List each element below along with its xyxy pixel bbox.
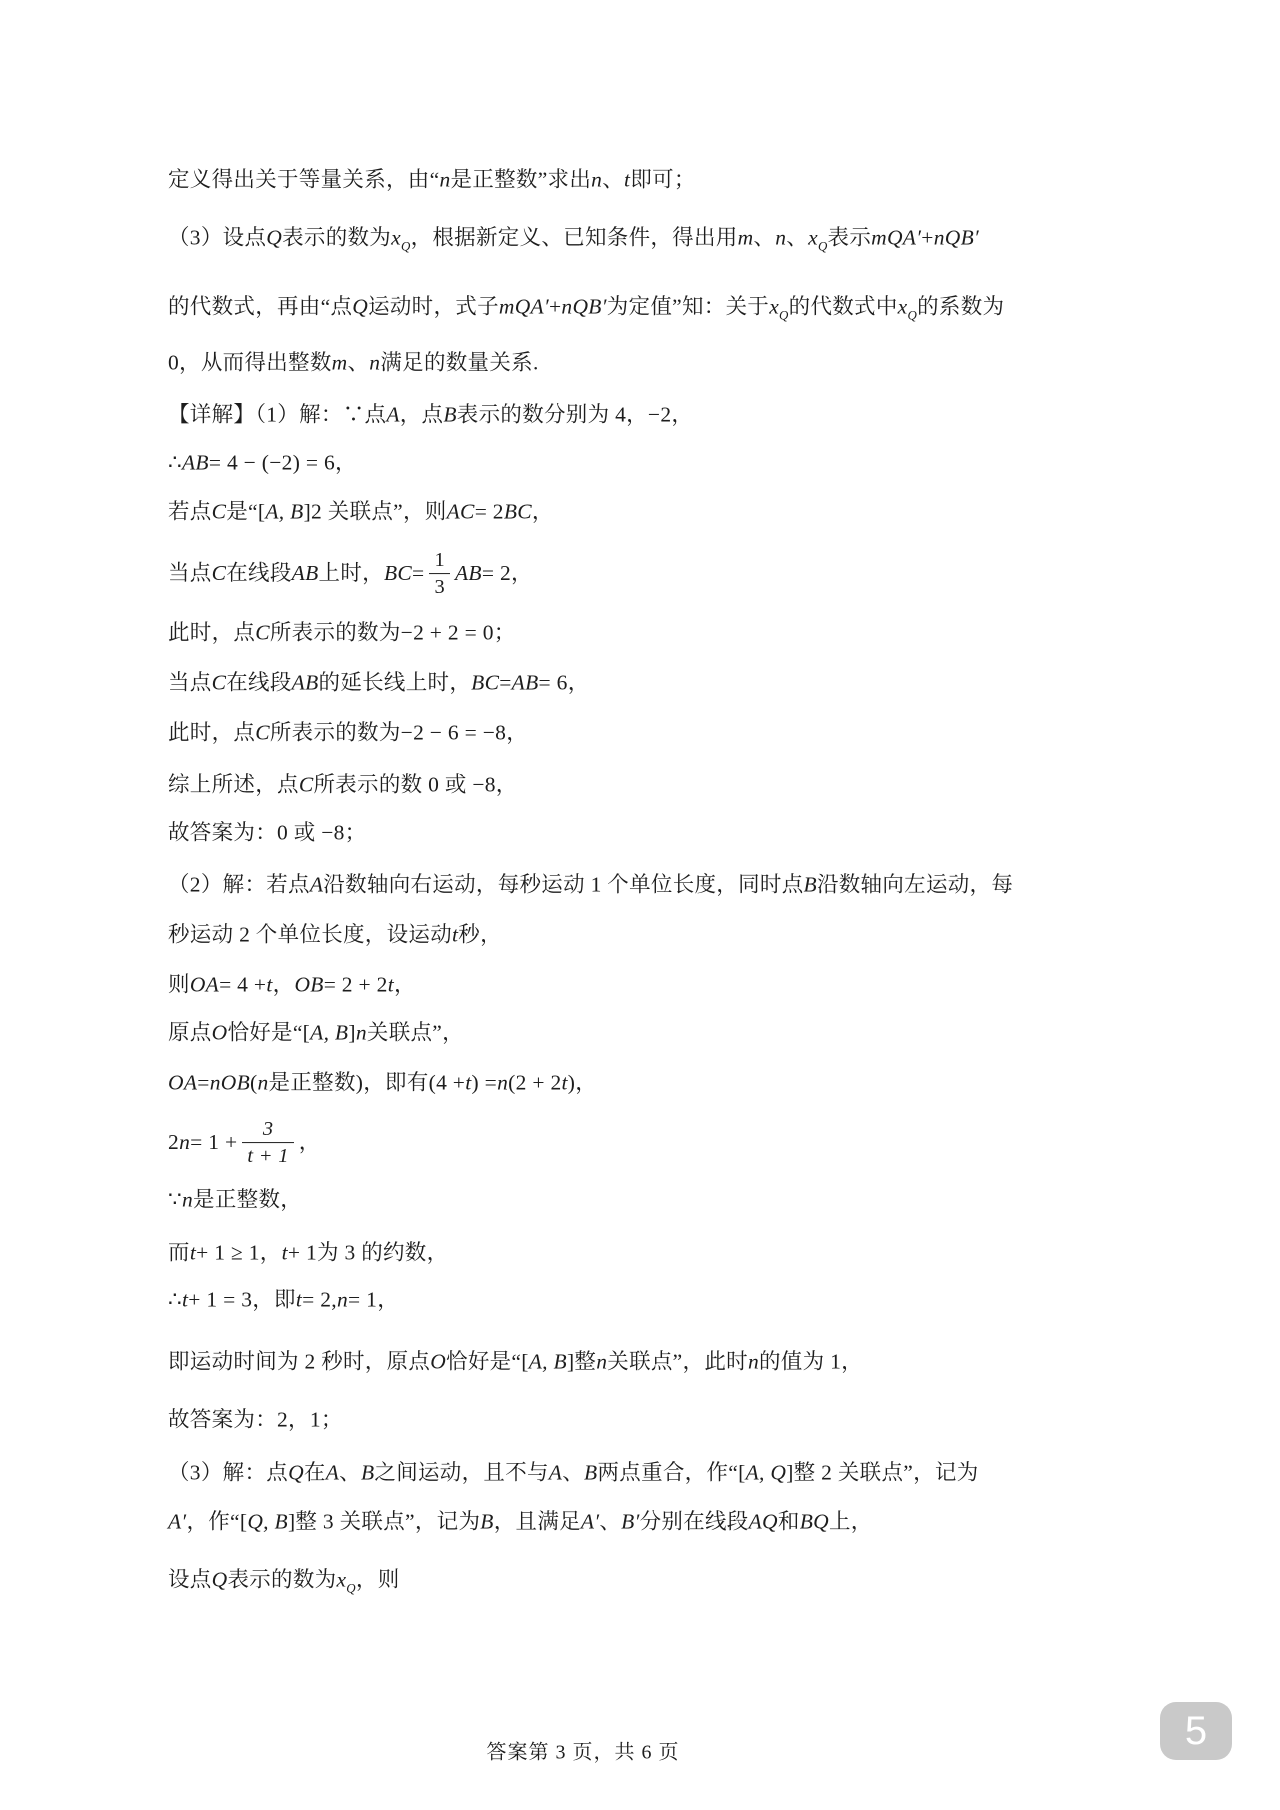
text-run: 恰好是“[ [227,1018,310,1047]
text-run: ]整 3 关联点”，记为 [288,1507,480,1536]
text-line: 即运动时间为 2 秒时，原点 O 恰好是“[A, B]整 n 关联点”，此时 n… [168,1347,863,1376]
text-run: ∴ [168,448,182,477]
math-run: nOB [210,1068,250,1097]
text-line: 2n = 1 + 3t + 1， [168,1119,321,1167]
math-run: A [326,1458,339,1487]
text-run: 故答案为：0 或 −8； [168,818,366,847]
text-line: 【详解】（1）解：∵点 A，点 B 表示的数分别为 4，−2， [168,400,693,429]
math-run: n [439,165,450,194]
text-run: 的代数式中 [789,292,898,321]
math-run: A, B [310,1018,348,1047]
text-line: ∴t + 1 = 3，即 t = 2, n = 1， [168,1285,399,1314]
math-run: AB [292,559,319,588]
math-run: nQB′ [934,223,979,252]
text-run: 、 [339,1458,361,1487]
text-run: ， [532,497,554,526]
text-run: ∵ [168,1185,182,1214]
text-run: ； [494,618,516,647]
text-line: 故答案为：0 或 −8； [168,818,366,847]
math-run: O [430,1347,446,1376]
text-line: 设点 Q 表示的数为 xQ，则 [168,1565,400,1594]
math-run: + 1 = 3 [188,1285,252,1314]
text-run: ， [377,1285,399,1314]
text-line: 此时，点 C 所表示的数为 −2 + 2 = 0； [168,618,516,647]
math-run: = 2 [482,559,511,588]
math-run: AB [292,668,319,697]
text-run: ， [394,970,416,999]
text-run: ， [506,718,528,747]
text-run: 关联点”，此时 [607,1347,748,1376]
math-run: ) [568,1068,575,1097]
math-run: n [257,1068,268,1097]
math-run: Q [352,292,368,321]
math-run: = [197,1068,209,1097]
math-run: ( [250,1068,257,1097]
text-run: 是正整数”求出 [451,165,592,194]
math-run: A, Q [746,1458,787,1487]
math-run: BC [504,497,532,526]
math-variable-with-subscript: xQ [898,292,917,321]
math-run: n [497,1068,508,1097]
math-run: + 1 ≥ 1 [196,1238,260,1267]
math-run: C [212,559,227,588]
text-line: ∵n 是正整数， [168,1185,302,1214]
text-run: ， [273,970,295,999]
math-run: B [480,1507,493,1536]
text-run: 表示的数为 [282,223,391,252]
text-run: 当点 [168,668,212,697]
math-run: O [212,1018,228,1047]
text-run: 在线段 [226,668,291,697]
text-run: 此时，点 [168,718,255,747]
text-run: ， [335,448,357,477]
math-run: OA [190,970,219,999]
text-run: ， [260,1238,282,1267]
math-run: A [310,870,323,899]
math-run: + 1 [288,1238,317,1267]
math-run: n [748,1347,759,1376]
math-run: ) [356,1068,363,1097]
text-run: ， [575,1068,597,1097]
math-run: −2 − 6 = −8 [401,718,507,747]
text-line: 的代数式，再由“点 Q 运动时，式子 mQA′ + nQB′ 为定值”知：关于 … [168,292,1004,321]
text-run: 故答案为：2，1； [168,1405,343,1434]
math-run: = 2 + 2 [324,970,388,999]
text-run: ，即有 [363,1068,428,1097]
document-body: 定义得出关于等量关系，由“n 是正整数”求出 n 、 t 即可；（3）设点 Q … [0,0,1280,1810]
math-variable-with-subscript: xQ [769,292,788,321]
math-run: + [921,223,933,252]
text-run: ，根据新定义、已知条件，得出用 [411,223,738,252]
fraction: 13 [429,550,450,598]
text-run: 是“[ [226,497,265,526]
text-line: （3）设点 Q 表示的数为 xQ，根据新定义、已知条件，得出用 m 、 n 、 … [168,223,979,252]
text-run: 0，从而得出整数 [168,348,332,377]
math-run: C [255,718,270,747]
text-line: （3）解：点 Q 在 A 、 B 之间运动，且不与 A 、 B 两点重合，作“[… [168,1458,979,1487]
math-run: n [179,1128,190,1157]
math-run: OA [168,1068,197,1097]
text-run: ， [299,1128,321,1157]
document-page: 定义得出关于等量关系，由“n 是正整数”求出 n 、 t 即可；（3）设点 Q … [0,0,1280,1810]
math-run: = 1 [348,1285,377,1314]
text-run: 上， [829,1507,873,1536]
text-run: 原点 [168,1018,212,1047]
text-run: 所表示的数为 [270,618,401,647]
math-run: n [356,1018,367,1047]
math-run: BC [471,668,499,697]
text-run: 、 [562,1458,584,1487]
text-run: 在 [304,1458,326,1487]
math-variable-with-subscript: xQ [808,223,827,252]
text-run: 当点 [168,559,212,588]
text-line: ∴AB = 4 − (−2) = 6， [168,448,357,477]
math-run: = 2, [302,1285,337,1314]
math-run: AB [182,448,209,477]
text-run: 则 [168,970,190,999]
math-run: = 4 + [219,970,266,999]
text-run: ，且满足 [494,1507,581,1536]
text-run: 上时， [319,559,384,588]
text-run: 秒运动 2 个单位长度，设运动 [168,920,452,949]
text-run: 综上所述，点 [168,770,299,799]
math-run: n [182,1185,193,1214]
math-run: B [443,400,456,429]
text-run: 两点重合，作“[ [597,1458,745,1487]
math-run: + [549,292,561,321]
math-run: mQA′ [499,292,549,321]
text-run: 之间运动，且不与 [374,1458,548,1487]
text-run: 即运动时间为 2 秒时，原点 [168,1347,430,1376]
math-run: Q [266,223,282,252]
math-run: A [386,400,399,429]
math-run: 2 [168,1128,179,1157]
math-run: AB [455,559,482,588]
page-number-badge: 5 [1160,1702,1232,1760]
text-run: ]整 [567,1347,596,1376]
text-run: 设点 [168,1565,212,1594]
math-run: = [412,559,424,588]
text-run: 秒， [458,920,502,949]
text-run: 运动时，式子 [368,292,499,321]
text-run: ，点 [400,400,444,429]
text-run: 沿数轴向左运动，每 [817,870,1013,899]
text-line: （2）解：若点 A 沿数轴向右运动，每秒运动 1 个单位长度，同时点 B 沿数轴… [168,870,1013,899]
math-run: A, B [529,1347,567,1376]
text-run: 所表示的数为 [270,718,401,747]
text-run: 、 [602,165,624,194]
math-run: A′ [168,1507,186,1536]
text-run: ，即 [252,1285,296,1314]
text-line: 故答案为：2，1； [168,1405,343,1434]
text-run: ] [348,1018,355,1047]
math-run: B [804,870,817,899]
text-run: 在线段 [226,559,291,588]
text-line: 定义得出关于等量关系，由“n 是正整数”求出 n 、 t 即可； [168,165,696,194]
math-run: C [212,668,227,697]
math-run: m [332,348,348,377]
text-run: ]2 关联点”，则 [304,497,447,526]
text-run: 、 [786,223,808,252]
text-run: 的系数为 [917,292,1004,321]
math-run: Q [212,1565,228,1594]
text-run: ，则 [356,1565,400,1594]
math-run: = 4 − (−2) = 6 [209,448,335,477]
math-variable-with-subscript: xQ [391,223,410,252]
text-line: 若点 C 是“[A, B]2 关联点”，则 AC = 2BC， [168,497,554,526]
text-line: A′，作“[Q, B]整 3 关联点”，记为 B，且满足 A′ 、 B′ 分别在… [168,1507,873,1536]
math-run: B [361,1458,374,1487]
page-footer: 答案第 3 页，共 6 页 [0,1736,1166,1765]
text-run: 此时，点 [168,618,255,647]
text-run: ，作“[ [186,1507,247,1536]
math-run: BC [384,559,412,588]
text-run: 、 [599,1507,621,1536]
text-line: 而 t + 1 ≥ 1，t + 1 为 3 的约数， [168,1238,448,1267]
math-run: n [337,1285,348,1314]
math-run: n [596,1347,607,1376]
math-run: = 1 + [190,1128,237,1157]
math-run: C [255,618,270,647]
math-run: n [369,348,380,377]
text-line: 0，从而得出整数 m 、 n 满足的数量关系. [168,348,539,377]
text-run: ]整 2 关联点”，记为 [786,1458,978,1487]
text-run: 、 [347,348,369,377]
math-variable-with-subscript: xQ [336,1565,355,1594]
text-run: 表示 [828,223,872,252]
math-run: A′ [581,1507,599,1536]
text-run: 若点 [168,497,212,526]
text-run: ， [568,668,590,697]
text-run: 的代数式，再由“点 [168,292,352,321]
text-run: 满足的数量关系. [380,348,538,377]
math-run: OB [294,970,323,999]
math-run: ) = [472,1068,498,1097]
math-run: (2 + 2 [508,1068,561,1097]
math-run: m [738,223,754,252]
text-run: （3）设点 [168,223,266,252]
math-run: mQA′ [871,223,921,252]
math-run: BQ [800,1507,829,1536]
math-run: AQ [749,1507,778,1536]
text-run: 即可； [630,165,695,194]
text-run: 表示的数分别为 4，−2， [457,400,693,429]
math-run: = 2 [475,497,504,526]
text-line: 秒运动 2 个单位长度，设运动 t 秒， [168,920,502,949]
math-run: A [549,1458,562,1487]
math-run: Q, B [247,1507,288,1536]
text-line: 当点 C 在线段 AB 的延长线上时， BC = AB = 6， [168,668,590,697]
text-run: 关联点”， [367,1018,464,1047]
text-run: 的值为 1， [759,1347,863,1376]
math-run: Q [288,1458,304,1487]
text-run: 表示的数为 [227,1565,336,1594]
math-run: −2 + 2 = 0 [401,618,494,647]
math-run: AC [447,497,475,526]
math-run: = 6 [539,668,568,697]
math-run: (4 + [429,1068,466,1097]
text-run: 是正整数 [269,1068,356,1097]
fraction: 3t + 1 [242,1119,293,1167]
text-line: 当点 C 在线段 AB 上时， BC = 13AB = 2， [168,550,533,598]
text-run: 【详解】（1）解：∵点 [168,400,386,429]
math-run: = [499,668,511,697]
text-run: 定义得出关于等量关系，由“ [168,165,439,194]
text-run: 为定值”知：关于 [607,292,769,321]
math-run: n [775,223,786,252]
text-line: 原点 O 恰好是“[A, B]n 关联点”， [168,1018,464,1047]
text-run: （2）解：若点 [168,870,310,899]
text-run: 分别在线段 [640,1507,749,1536]
text-run: 是正整数， [193,1185,302,1214]
math-run: C [212,497,227,526]
math-run: AB [512,668,539,697]
text-line: 则 OA = 4 + t， OB = 2 + 2t， [168,970,416,999]
math-run: A, B [265,497,303,526]
math-run: B [584,1458,597,1487]
text-run: 的延长线上时， [319,668,472,697]
text-line: 综上所述，点 C 所表示的数 0 或 −8， [168,770,518,799]
math-run: nQB′ [561,292,606,321]
text-run: 沿数轴向右运动，每秒运动 1 个单位长度，同时点 [323,870,803,899]
text-line: OA = nOB(n 是正整数)，即有 (4 + t) = n(2 + 2t)， [168,1068,597,1097]
text-run: 恰好是“[ [446,1347,529,1376]
text-run: ， [511,559,533,588]
text-run: 所表示的数 0 或 −8， [313,770,517,799]
math-run: B′ [621,1507,639,1536]
text-line: 此时，点 C 所表示的数为 −2 − 6 = −8， [168,718,528,747]
math-run: n [591,165,602,194]
text-run: 而 [168,1238,190,1267]
text-run: 为 3 的约数， [317,1238,448,1267]
text-run: （3）解：点 [168,1458,288,1487]
text-run: ∴ [168,1285,182,1314]
text-run: 、 [753,223,775,252]
math-run: C [299,770,314,799]
text-run: 和 [778,1507,800,1536]
